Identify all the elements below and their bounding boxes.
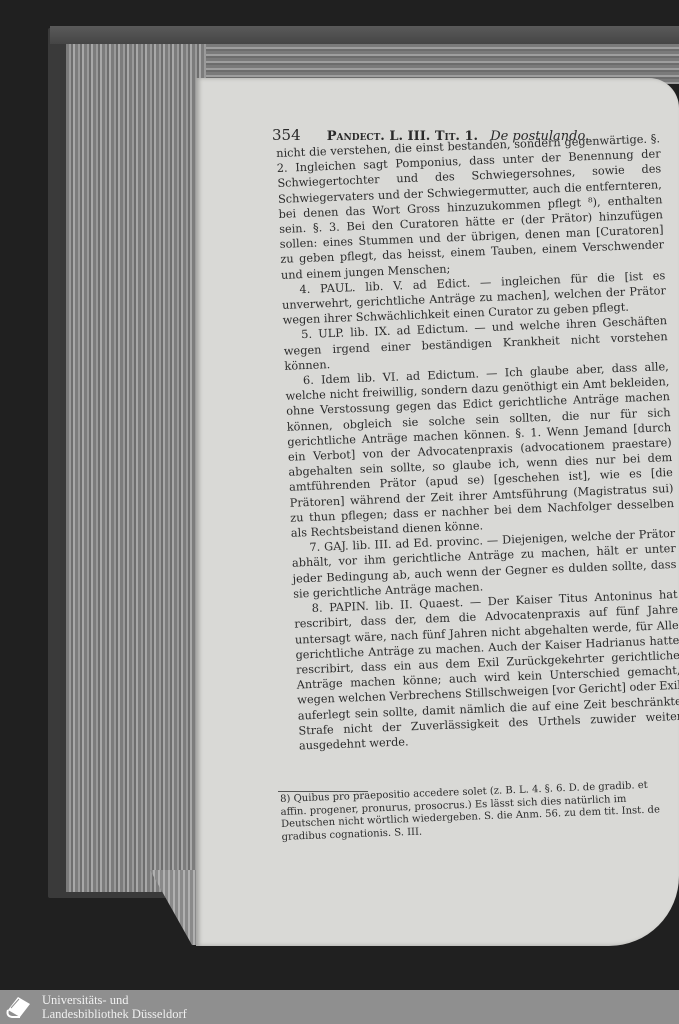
footer-bar: Universitäts- und Landesbibliothek Düsse…: [0, 990, 679, 1024]
paragraph: 6. Idem lib. VI. ad Edictum. — Ich glaub…: [285, 359, 675, 541]
paragraph: 8. PAPIN. lib. II. Quaest. — Der Kaiser …: [294, 587, 679, 754]
institution-line-1: Universitäts- und: [42, 993, 187, 1007]
paragraph: nicht die verstehen, die einst bestanden…: [276, 131, 665, 282]
body-text: nicht die verstehen, die einst bestanden…: [276, 131, 679, 753]
page-number: 354: [272, 126, 301, 144]
scan-background: 354 Pandect. L. III. Tit. 1. De postulan…: [0, 0, 679, 990]
page-edges-left: [66, 44, 206, 892]
book-logo-icon: [4, 994, 34, 1020]
institution-line-2: Landesbibliothek Düsseldorf: [42, 1007, 187, 1021]
book-cover-top: [50, 26, 679, 44]
institution-name: Universitäts- und Landesbibliothek Düsse…: [42, 993, 187, 1021]
